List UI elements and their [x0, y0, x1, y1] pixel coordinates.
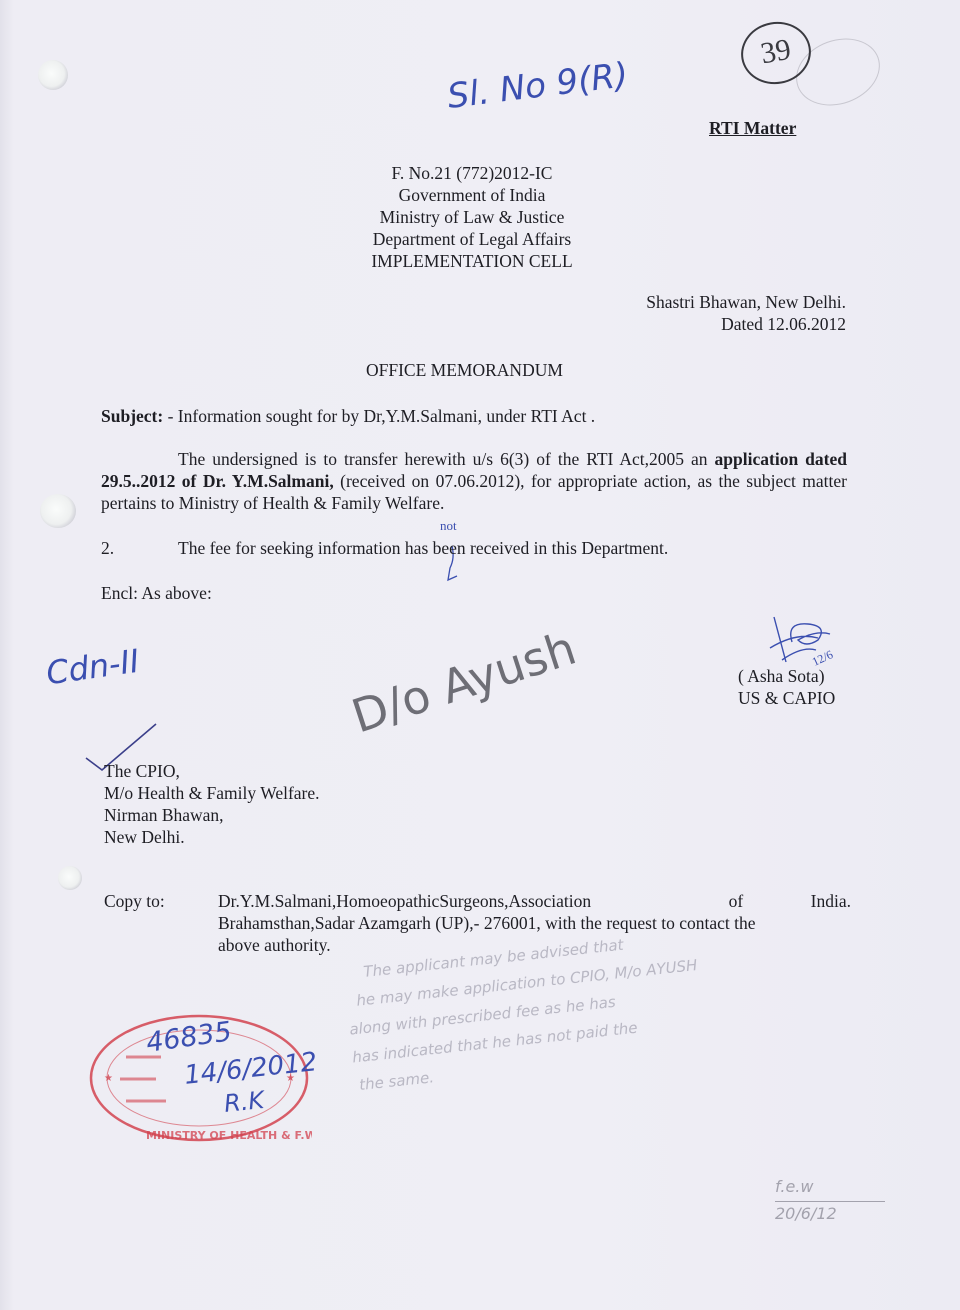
letterhead-ministry: Ministry of Law & Justice	[300, 206, 644, 228]
pencil-signature-date: 20/6/12	[775, 1202, 885, 1226]
scanned-document-page: Sl. No 9(R) 39 RTI Matter F. No.21 (772)…	[0, 0, 960, 1310]
paragraph-2: 2.The fee for seeking information has be…	[101, 537, 668, 559]
copy-to-line: Dr.Y.M.Salmani,HomoeopathicSurgeons,Asso…	[218, 890, 851, 912]
copy-to-label: Copy to:	[104, 890, 165, 912]
enclosure-line: Encl: As above:	[101, 582, 212, 604]
pencil-signature: f.e.w 20/6/12	[775, 1175, 885, 1226]
letterhead-government: Government of India	[300, 184, 644, 206]
punch-hole	[38, 60, 68, 90]
letterhead-cell: IMPLEMENTATION CELL	[300, 250, 644, 272]
subject-label: Subject:	[101, 406, 163, 426]
signature-block: ( Asha Sota) US & CAPIO	[738, 665, 835, 709]
addressee-line: M/o Health & Family Welfare.	[104, 782, 320, 804]
file-number: F. No.21 (772)2012-IC	[300, 162, 644, 184]
svg-text:★: ★	[104, 1073, 113, 1084]
addressee-line: Nirman Bhawan,	[104, 804, 320, 826]
memo-title: OFFICE MEMORANDUM	[366, 359, 563, 381]
stamp-initials: R.K	[223, 1086, 266, 1118]
handwritten-not-insert: not	[440, 518, 457, 534]
signatory-designation: US & CAPIO	[738, 687, 835, 709]
copy-to-text: India.	[811, 890, 851, 912]
pencil-signature-name: f.e.w	[775, 1175, 885, 1199]
copy-to-text: of	[729, 890, 744, 912]
handwritten-section-note: Cdn-II	[44, 642, 142, 693]
paragraph-2-text: The fee for seeking information has been…	[178, 538, 668, 558]
paragraph-1-text-a: The undersigned is to transfer herewith …	[178, 449, 715, 469]
addressee-line: New Delhi.	[104, 826, 320, 848]
date: Dated 12.06.2012	[560, 313, 846, 335]
paragraph-2-number: 2.	[101, 537, 178, 559]
rti-matter-label: RTI Matter	[709, 117, 796, 139]
handwritten-department-note: D/o Ayush	[345, 621, 582, 744]
copy-to-text: Dr.Y.M.Salmani,HomoeopathicSurgeons,Asso…	[218, 890, 591, 912]
stamp-outer-text: MINISTRY OF HEALTH & F.W.	[146, 1129, 312, 1142]
addressee-line: The CPIO,	[104, 760, 320, 782]
punch-hole	[40, 494, 76, 528]
paragraph-1: The undersigned is to transfer herewith …	[101, 448, 847, 514]
signatory-name: ( Asha Sota)	[738, 665, 835, 687]
copy-to-line: Brahamsthan,Sadar Azamgarh (UP),- 276001…	[218, 912, 851, 934]
subject-line: Subject: - Information sought for by Dr,…	[101, 405, 595, 427]
handwritten-serial-number: Sl. No 9(R)	[445, 55, 630, 117]
place: Shastri Bhawan, New Delhi.	[560, 291, 846, 313]
punch-hole	[58, 866, 82, 890]
addressee-block: The CPIO, M/o Health & Family Welfare. N…	[104, 760, 320, 848]
place-and-date: Shastri Bhawan, New Delhi. Dated 12.06.2…	[560, 291, 846, 335]
subject-text: - Information sought for by Dr,Y.M.Salma…	[163, 406, 595, 426]
letterhead: F. No.21 (772)2012-IC Government of Indi…	[300, 162, 644, 272]
letterhead-department: Department of Legal Affairs	[300, 228, 644, 250]
signature-scribble	[756, 612, 856, 672]
